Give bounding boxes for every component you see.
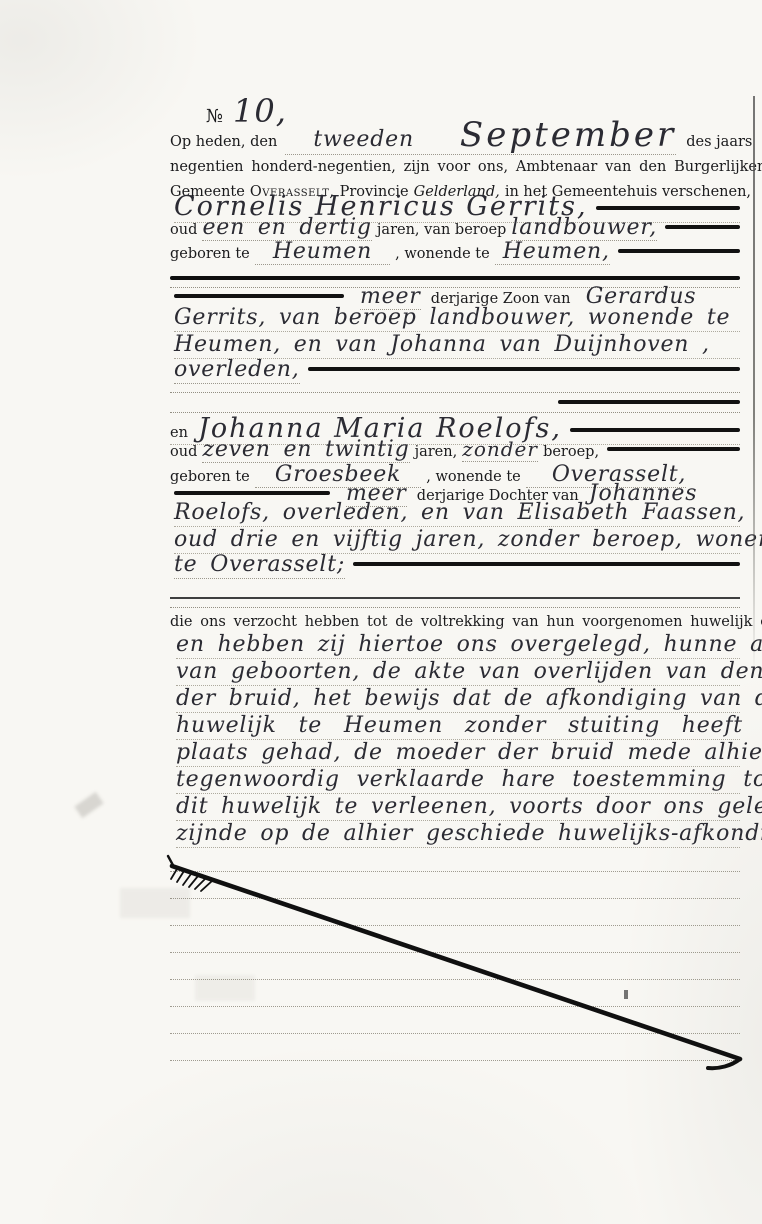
zonder-word: zonder xyxy=(462,437,538,462)
groom-mother-name: Heumen, en van Johanna van Duijnhoven , xyxy=(174,333,710,358)
hw-text: der bruid, het bewijs dat de afkondiging… xyxy=(176,687,762,712)
request-printed-line: die ons verzocht hebben tot de voltrekki… xyxy=(170,614,740,630)
intro-line-year: negentien honderd-negentien, zijn voor o… xyxy=(170,159,740,175)
handwritten-month: September xyxy=(460,116,676,154)
hw-text: zijnde op de alhier geschiede huwelijks-… xyxy=(176,822,762,847)
beroep-label: beroep, xyxy=(543,444,599,460)
wonende-label: , wonende te xyxy=(395,246,490,262)
bride-father-line: Roelofs, overleden, en van Elisabeth Faa… xyxy=(174,501,740,527)
section-rule xyxy=(170,276,740,280)
bride-age-line: oud zeven en twintig jaren, zonder beroe… xyxy=(170,438,740,463)
groom-age-text: oud een en dertig jaren, van beroep land… xyxy=(170,216,657,241)
ruled-empty-line xyxy=(170,1033,740,1034)
geboren-label: geboren te xyxy=(170,246,250,262)
marriage-record-scan: № 10, Op heden, den tweeden September de… xyxy=(0,0,762,1224)
filler-rule xyxy=(308,367,740,371)
intro-line-date: Op heden, den tweeden September des jaar… xyxy=(170,116,740,155)
jaren-beroep-label: jaren, van beroep xyxy=(377,222,506,238)
filler-rule xyxy=(607,447,740,451)
ruled-empty-line xyxy=(170,898,740,899)
hw-text: dit huwelijk te verleenen, voorts door o… xyxy=(176,795,762,820)
groom-age-value: een en dertig xyxy=(202,215,371,241)
bride-mother-residence-line: te Overasselt; xyxy=(174,553,740,579)
groom-father-line: Gerrits, van beroep landbouwer, wonende … xyxy=(174,306,740,332)
ruled-empty-line xyxy=(170,979,740,980)
handwritten-paragraph-line: dit huwelijk te verleenen, voorts door o… xyxy=(176,795,740,821)
handwritten-paragraph-line: van geboorten, de akte van overlijden va… xyxy=(176,660,740,686)
filler-rule xyxy=(618,249,740,253)
groom-mother-line: Heumen, en van Johanna van Duijnhoven , xyxy=(174,333,740,359)
oud-label: oud xyxy=(170,444,197,460)
bride-mother-details: oud drie en vijftig jaren, zonder beroep… xyxy=(174,528,762,553)
ink-speck xyxy=(624,990,628,999)
pencil-smudge xyxy=(74,792,103,818)
filler-rule xyxy=(353,562,740,566)
bride-parents-names: Roelofs, overleden, en van Elisabeth Faa… xyxy=(174,501,745,526)
hw-text: plaats gehad, de moeder der bruid mede a… xyxy=(176,741,762,766)
date-blank: tweeden September xyxy=(285,116,676,155)
hw-text: huwelijk te Heumen zonder stuiting heeft xyxy=(176,714,743,739)
ruled-empty-line xyxy=(170,925,740,926)
page-edge-line xyxy=(753,96,755,676)
ruled-empty-line xyxy=(170,871,740,872)
jaren-label: jaren, xyxy=(415,444,458,460)
bride-mother-residence: te Overasselt; xyxy=(174,553,345,579)
filler-rule xyxy=(570,428,740,432)
groom-mother-status-line: overleden, xyxy=(174,358,740,384)
des-jaars-label: des jaars xyxy=(686,134,752,150)
ruled-empty-line xyxy=(170,1060,740,1061)
filler-rule xyxy=(558,400,740,404)
groom-residence: Heumen, xyxy=(495,239,610,265)
ruled-empty-line xyxy=(170,1006,740,1007)
handwritten-paragraph-line: plaats gehad, de moeder der bruid mede a… xyxy=(176,741,740,767)
groom-born-line: geboren te Heumen , wonende te Heumen, xyxy=(170,240,740,265)
handwritten-day: tweeden xyxy=(313,128,414,153)
ruled-dotted-line xyxy=(170,607,740,608)
mother-deceased-word: overleden, xyxy=(174,358,300,384)
groom-birthplace: Heumen xyxy=(255,239,390,265)
groom-profession: landbouwer, xyxy=(511,215,657,241)
date-label: Op heden, den xyxy=(170,134,277,150)
groom-age-line: oud een en dertig jaren, van beroep land… xyxy=(170,216,740,241)
ink-bleedthrough-ghost xyxy=(120,888,190,918)
blank-filled-line xyxy=(170,400,740,404)
hw-text: tegenwoordig verklaarde hare toestemming… xyxy=(176,768,762,793)
request-printed-text: die ons verzocht hebben tot de voltrekki… xyxy=(170,614,762,630)
groom-father-details: Gerrits, van beroep landbouwer, wonende … xyxy=(174,306,730,331)
oud-label: oud xyxy=(170,222,197,238)
handwritten-paragraph-line: zijnde op de alhier geschiede huwelijks-… xyxy=(176,822,740,848)
filler-rule xyxy=(174,491,330,495)
bride-age-text: oud zeven en twintig jaren, zonder beroe… xyxy=(170,438,599,463)
bride-age-value: zeven en twintig xyxy=(202,437,409,463)
section-rule xyxy=(170,597,740,599)
ruled-dotted-line xyxy=(170,392,740,393)
ruled-empty-line xyxy=(170,952,740,953)
filler-rule xyxy=(174,294,344,298)
handwritten-paragraph-line: huwelijk te Heumen zonder stuiting heeft xyxy=(176,714,740,740)
groom-born-text: geboren te Heumen , wonende te Heumen, xyxy=(170,240,610,265)
handwritten-paragraph-line: tegenwoordig verklaarde hare toestemming… xyxy=(176,768,740,794)
intro-year-text: negentien honderd-negentien, zijn voor o… xyxy=(170,159,762,175)
filler-rule xyxy=(665,225,740,229)
hw-text: en hebben zij hiertoe ons overgelegd, hu… xyxy=(176,633,762,658)
hw-text: van geboorten, de akte van overlijden va… xyxy=(176,660,762,685)
filler-rule xyxy=(596,206,740,210)
handwritten-paragraph-line: en hebben zij hiertoe ons overgelegd, hu… xyxy=(176,633,740,659)
bride-mother-line: oud drie en vijftig jaren, zonder beroep… xyxy=(174,528,740,554)
ink-bleedthrough-ghost xyxy=(195,975,255,1001)
handwritten-paragraph-line: der bruid, het bewijs dat de afkondiging… xyxy=(176,687,740,713)
